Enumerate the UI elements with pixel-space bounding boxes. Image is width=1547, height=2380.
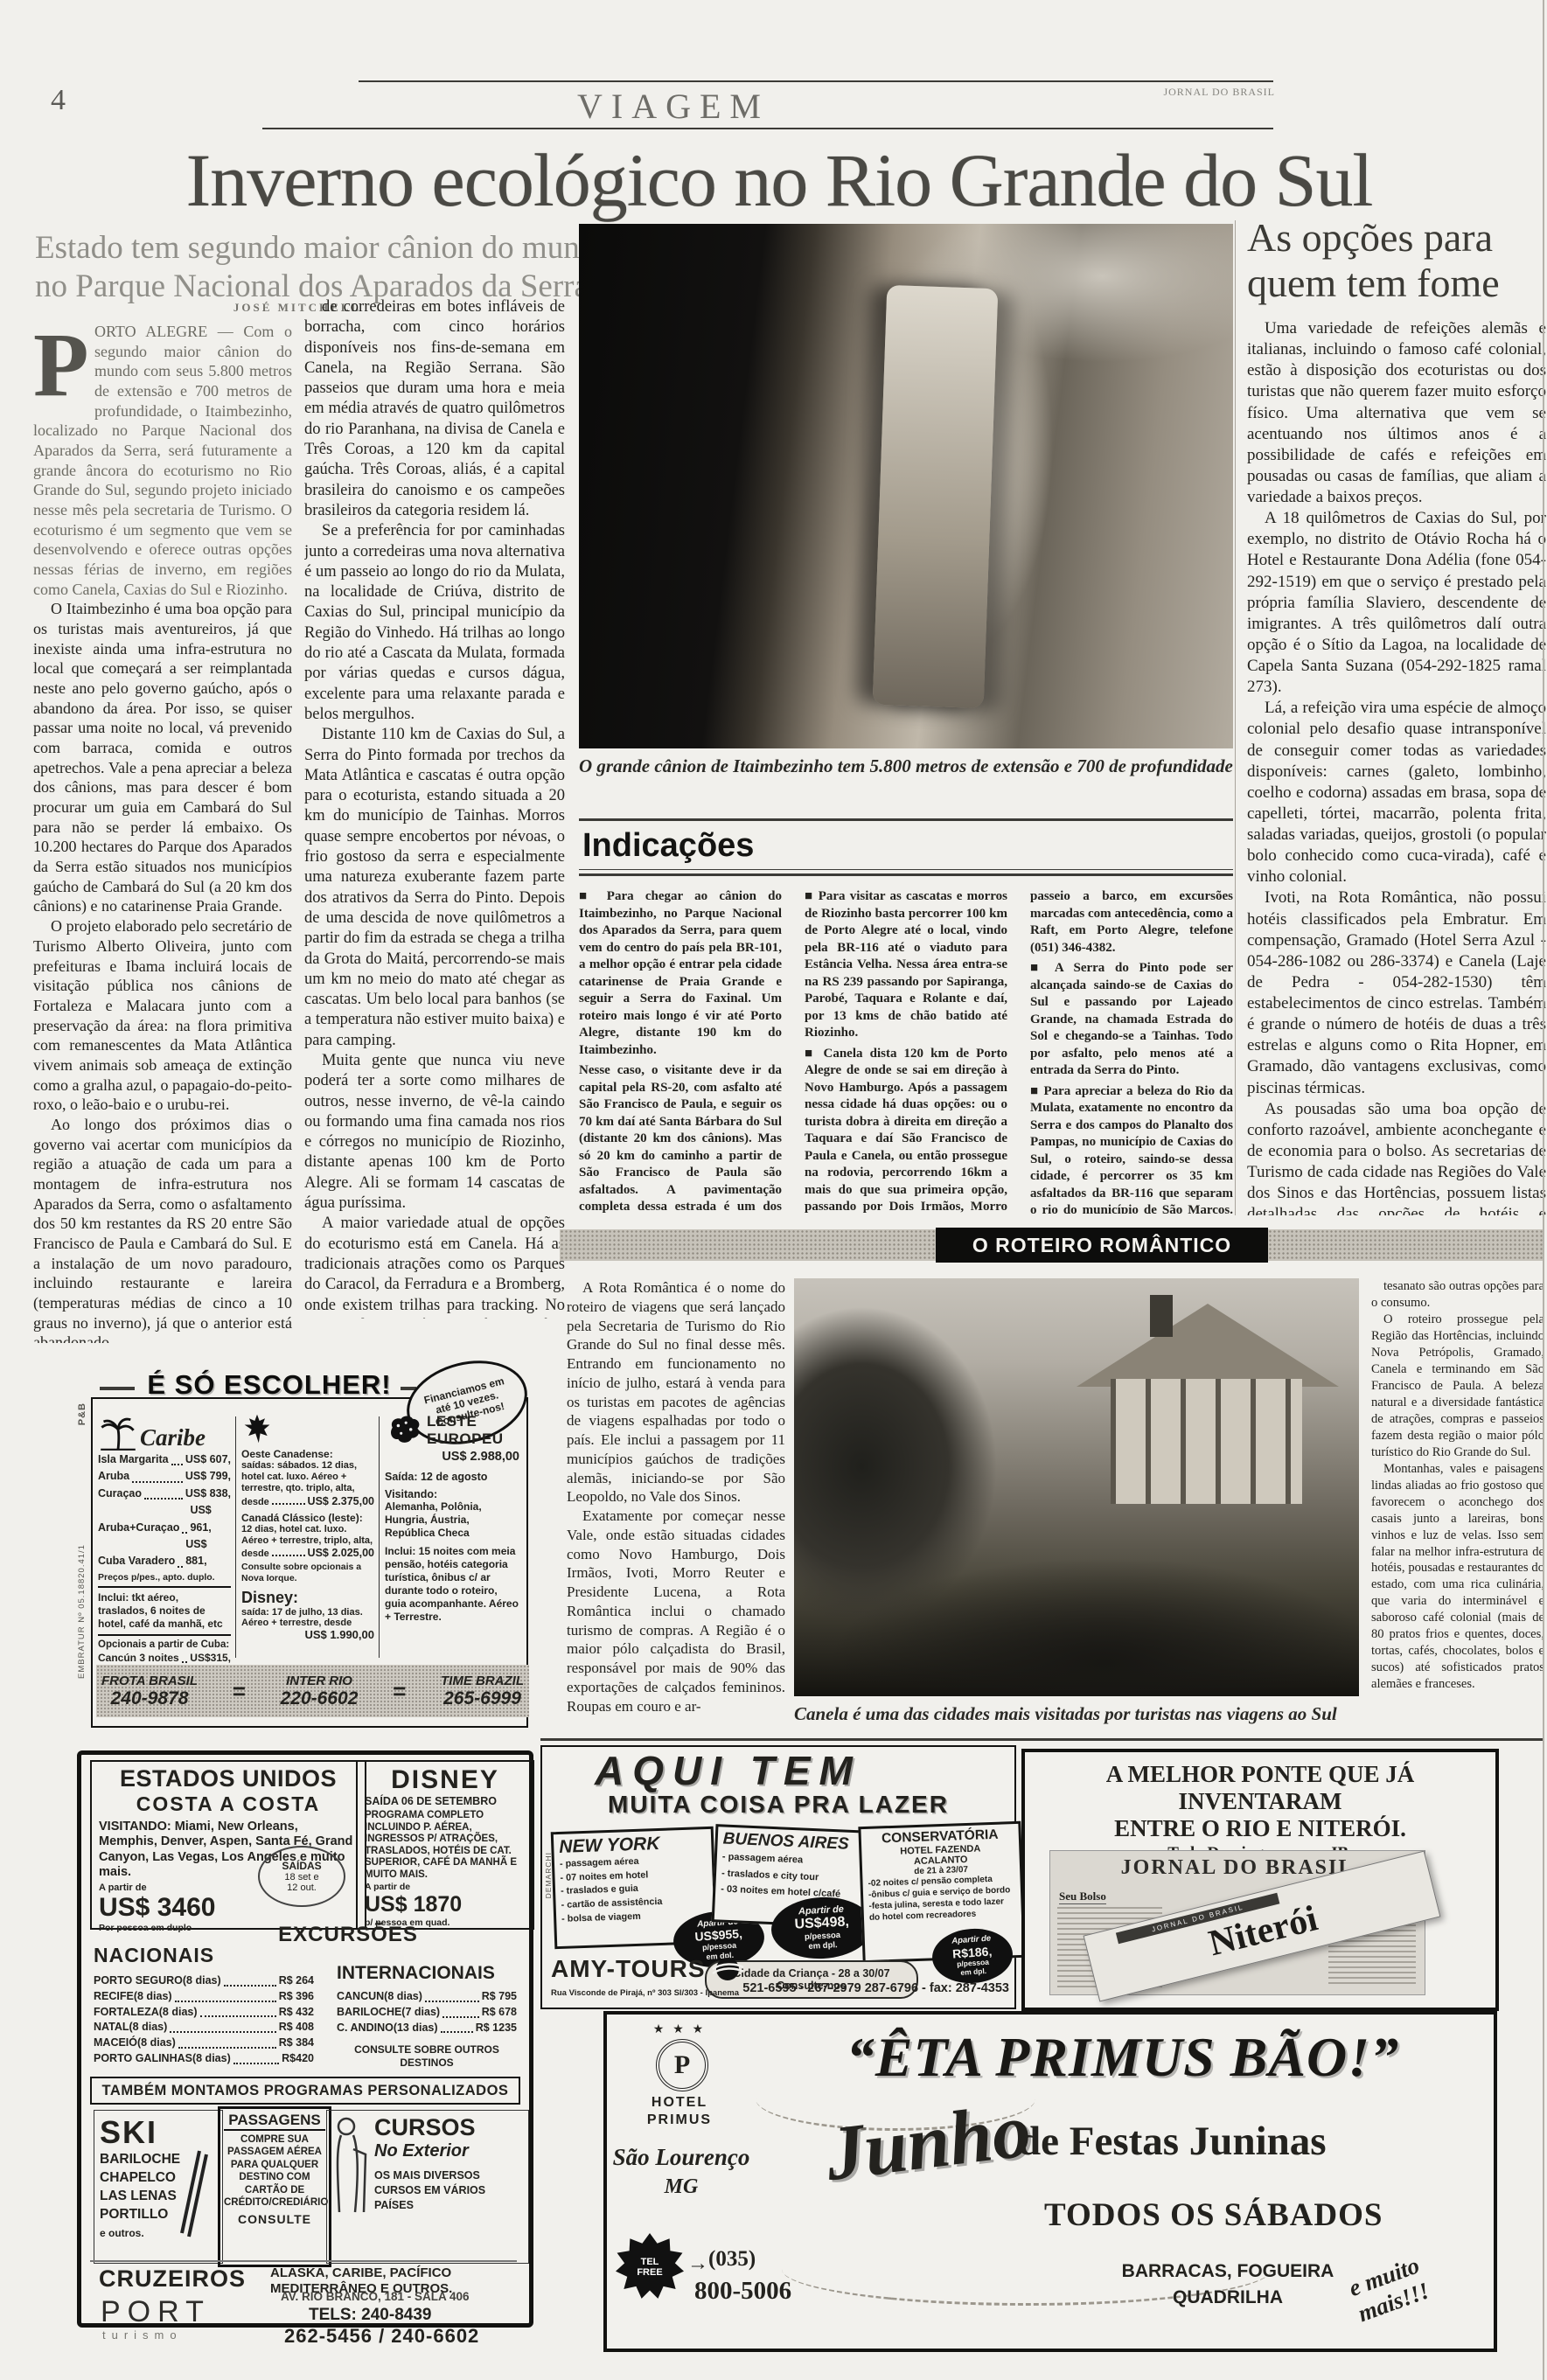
hotel-city: São Lourenço: [607, 2144, 756, 2171]
desde-label: desde: [241, 1497, 269, 1507]
price-row: Isla MargaritaUS$ 607,: [98, 1451, 231, 1468]
equals-separator: =: [393, 1678, 406, 1705]
excursao-row: NATAL(8 dias)R$ 408: [94, 2020, 314, 2036]
ad-item: -festa julina, seresta e todo lazer do h…: [868, 1896, 1016, 1924]
excursao-row: RECIFE(8 dias)R$ 396: [94, 1989, 314, 2005]
phone-area-code: (035): [708, 2247, 756, 2272]
canada-classico-price: US$ 2.025,00: [308, 1547, 374, 1559]
article-paragraph: O projeto elaborado pelo secretário de T…: [33, 916, 292, 1115]
article-column-2: de corredeiras em botes infláveis de bor…: [304, 297, 565, 1319]
tel-free-starburst: TEL FREE: [616, 2233, 684, 2301]
leste-inclui: Inclui: 15 noites com meia pensão, hotéi…: [385, 1545, 519, 1624]
scan-edge-artifact: [1543, 0, 1544, 2380]
canada-oeste-title: Oeste Canadense:: [241, 1448, 374, 1460]
newspaper-name: JORNAL DO BRASIL: [1151, 86, 1275, 99]
disney-title: DISNEY: [365, 1765, 526, 1795]
article-column-2-paragraphs: de corredeiras em botes infláveis de bor…: [304, 297, 565, 1319]
agency-name: TIME BRAZIL: [441, 1674, 524, 1688]
header-rule-bottom: [262, 128, 1273, 129]
jb-line-1: A MELHOR PONTE QUE JÁ INVENTARAM: [1025, 1761, 1495, 1815]
caribe-title: Caribe: [140, 1424, 206, 1451]
excursao-price: R$ 1235: [476, 2021, 517, 2036]
price-value: US$ 799,: [185, 1468, 231, 1485]
ad-ski-panel: SKI BARILOCHECHAPELCOLAS LENASPORTILLO e…: [94, 2110, 223, 2264]
phone-number: 800-5006: [694, 2277, 791, 2306]
canada-panel: Oeste Canadense: saídas: sábados. 12 dia…: [241, 1413, 374, 1660]
price-row: CuraçaoUS$ 838,: [98, 1486, 231, 1502]
europe-map-icon: [385, 1413, 423, 1448]
leste-price: US$ 2.988,00: [385, 1450, 519, 1464]
page-number: 4: [51, 84, 66, 117]
leste-title-line-1: LESTE: [427, 1413, 504, 1430]
indicacoes-item: ■ A Serra do Pinto pode ser alcançada sa…: [1030, 960, 1233, 1080]
article-column-1: PORTO ALEGRE — Com o segundo maior cânio…: [33, 322, 292, 1343]
passagens-title: PASSAGENS: [224, 2112, 325, 2131]
fome-title-line-2: quem tem fome: [1247, 261, 1547, 306]
buenosaires-items: - passagem aérea- traslados e city tour-…: [721, 1849, 862, 1904]
fome-paragraph: Lá, a refeição vira uma espécie de almoç…: [1247, 698, 1546, 887]
eua-title-line-2: COSTA A COSTA: [99, 1792, 358, 1816]
amy-address: Rua Visconde de Pirajá, nº 303 Sl/303 - …: [551, 1988, 739, 1998]
disney-price: US$ 1870: [365, 1892, 526, 1917]
primus-festas: de Festas Juninas: [1018, 2118, 1327, 2165]
destination-label: Cancún 3 noites: [98, 1650, 179, 1666]
dotted-leader: [144, 1498, 183, 1500]
caribe-inclui: Inclui: tkt aéreo, traslados, 6 noites d…: [98, 1591, 231, 1631]
cursos-subtitle: No Exterior: [374, 2141, 523, 2161]
telfree-line-1: TEL: [641, 2257, 659, 2267]
excursao-label: FORTALEZA(8 dias): [94, 2005, 198, 2021]
cruzeiros-title: CRUZEIROS: [99, 2265, 246, 2293]
leste-saida: Saída: 12 de agosto: [385, 1471, 519, 1483]
fome-paragraph: Uma variedade de refeições alemãs e ital…: [1247, 318, 1546, 508]
fome-title-line-1: As opções para: [1247, 215, 1547, 261]
ad-escolher: É SÓ ESCOLHER! Financiamos em até 10 vez…: [91, 1397, 528, 1728]
article-column-1-paragraphs: O Itaimbezinho é uma boa opção para os t…: [33, 599, 292, 1343]
saidas-line-2: 18 set e: [260, 1872, 344, 1882]
ad-disney-panel: DISNEY SAÍDA 06 DE SETEMBRO PROGRAMA COM…: [356, 1760, 534, 1930]
saidas-line-3: 12 out.: [260, 1882, 344, 1893]
excursao-label: C. ANDINO(13 dias): [337, 2021, 438, 2036]
destination-label: Cuba Varadero: [98, 1553, 175, 1569]
canada-oeste-body: saídas: sábados. 12 dias, hotel cat. lux…: [241, 1460, 374, 1495]
article-paragraph: de corredeiras em botes infláveis de bor…: [304, 297, 565, 521]
nacionais-list: PORTO SEGURO(8 dias)R$ 264RECIFE(8 dias)…: [94, 1973, 314, 2067]
disney-price: US$ 1.990,00: [241, 1628, 374, 1641]
dotted-leader: [233, 2063, 279, 2064]
amy-headline-2: MUITA COISA PRA LAZER: [542, 1791, 1014, 1819]
globe-icon: [711, 1956, 744, 1982]
cursos-title: CURSOS: [374, 2114, 523, 2141]
roteiro-paragraph: O roteiro prossegue pela Região das Hort…: [1371, 1312, 1544, 1461]
roteiro-paragraph: tesanato são outras opções para o consum…: [1371, 1278, 1544, 1312]
leste-visitando: Alemanha, Polônia, Hungria, Áustria, Rep…: [385, 1500, 519, 1540]
agency-phone: 265-6999: [441, 1688, 524, 1709]
excursao-row: MACEIÓ(8 dias)R$ 384: [94, 2036, 314, 2051]
excursao-price: R$420: [282, 2051, 314, 2067]
ad-eua-panel: ESTADOS UNIDOS COSTA A COSTA VISITANDO: …: [90, 1760, 366, 1930]
house-roof-shape: [1077, 1304, 1339, 1387]
leste-europeu-panel: LESTE EUROPEU US$ 2.988,00 Saída: 12 de …: [385, 1413, 519, 1660]
indicacoes-item: passeio a barco, em excursões marcadas c…: [1030, 888, 1233, 957]
article-paragraph: Muita gente que nunca viu neve poderá te…: [304, 1051, 565, 1214]
internacionais-title: INTERNACIONAIS: [337, 1963, 495, 1984]
excursao-price: R$ 264: [279, 1973, 314, 1989]
agency-name: FROTA BRASIL: [101, 1674, 198, 1688]
oval-line: em dpl.: [808, 1941, 838, 1952]
person-icon: [332, 2114, 369, 2219]
dotted-leader: [272, 1503, 305, 1505]
disney-saida: SAÍDA 06 DE SETEMBRO: [365, 1795, 526, 1807]
saidas-line-1: SAÍDAS: [260, 1860, 344, 1872]
dotted-leader: [182, 1661, 188, 1663]
title-dash-left: [100, 1387, 135, 1390]
canada-classico-body: 12 dias, hotel cat. luxo. Aéreo + terres…: [241, 1524, 374, 1547]
passagens-consulte: CONSULTE: [224, 2212, 325, 2226]
primus-mais: e muito mais!!!: [1345, 2228, 1498, 2328]
destination-label: Aruba+Curaçao: [98, 1520, 179, 1536]
price-value: US$ 881,: [185, 1536, 231, 1570]
excursao-price: R$ 678: [482, 2005, 517, 2021]
canyon-rock-pillar: [873, 285, 999, 708]
excursao-label: NATAL(8 dias): [94, 2020, 167, 2036]
port-logo: PORT: [101, 2295, 211, 2329]
disney-body: PROGRAMA COMPLETO INCLUINDO P. AÉREA, IN…: [365, 1810, 526, 1881]
caribe-opcionais-title: Opcionais a partir de Cuba:: [98, 1639, 231, 1650]
dotted-leader: [170, 2031, 275, 2033]
jb-seu-bolso: Seu Bolso: [1059, 1889, 1106, 1904]
canyon-photo-caption: O grande cânion de Itaimbezinho tem 5.80…: [579, 755, 1233, 777]
canada-consulte: Consulte sobre opcionais a Nova Iorque.: [241, 1562, 374, 1583]
passagens-body: COMPRE SUA PASSAGEM AÉREA PARA QUALQUER …: [224, 2133, 325, 2209]
indicacoes-column-2: ■ Para visitar as cascatas e morros de R…: [805, 888, 1007, 1214]
primus-barracas: BARRACAS, FOGUEIRA: [1114, 2261, 1341, 2282]
house-photo: [794, 1278, 1359, 1696]
telfree-line-2: FREE: [637, 2267, 662, 2278]
desde-label: desde: [241, 1548, 269, 1559]
fome-column: Uma variedade de refeições alemãs e ital…: [1247, 318, 1546, 1215]
column-divider-rule: [1235, 220, 1236, 1215]
article-paragraph: O Itaimbezinho é uma boa opção para os t…: [33, 599, 292, 916]
leste-title-line-2: EUROPEU: [427, 1430, 504, 1448]
roteiro-banner-label: O ROTEIRO ROMÂNTICO: [936, 1228, 1268, 1263]
ski-icon: [170, 2146, 208, 2242]
hotel-stars: ★ ★ ★: [614, 2022, 745, 2036]
header-rule-top: [359, 80, 1273, 82]
amy-logo: AMY-TOURS: [551, 1955, 706, 1983]
main-headline: Inverno ecológico no Rio Grande do Sul: [23, 136, 1536, 224]
ads-top-rule: [540, 1738, 1544, 1741]
excursao-price: R$ 408: [279, 2020, 314, 2036]
ad-block-usa-excursoes: ESTADOS UNIDOS COSTA A COSTA VISITANDO: …: [77, 1750, 533, 2328]
caribe-panel: Caribe Isla MargaritaUS$ 607,ArubaUS$ 79…: [98, 1413, 231, 1660]
hotel-state: MG: [607, 2175, 756, 2199]
excursao-label: BARILOCHE(7 dias): [337, 2005, 440, 2021]
excursao-price: R$ 384: [279, 2036, 314, 2051]
indicacoes-item: ■ Para chegar ao cânion do Itaimbezinho,…: [579, 888, 782, 1059]
fome-paragraph: Ivoti, na Rota Romântica, não possui hot…: [1247, 887, 1546, 1098]
dotted-leader: [175, 2001, 276, 2002]
ad-amy-tours: DEMARCHI AQUI TEM MUITA COISA PRA LAZER …: [540, 1745, 1016, 2009]
indicacoes-rule-top: [579, 818, 1233, 821]
eua-title-line-1: ESTADOS UNIDOS: [99, 1765, 358, 1792]
indicacoes-item: ■ Para apreciar a beleza do Rio da Mulat…: [1030, 1083, 1233, 1214]
equals-separator: =: [233, 1678, 246, 1705]
dotted-leader: [442, 2016, 479, 2018]
agency-name: INTER RIO: [281, 1674, 359, 1688]
ad-escolher-pb-mark: P&B: [77, 1402, 87, 1425]
cruzeiros-destinos-1: ALASKA, CARIBE, PACÍFICO: [270, 2265, 452, 2281]
primus-slogan: “ÊTA PRIMUS BÃO!”: [764, 2025, 1481, 2090]
disney-subtitle: Disney:: [241, 1589, 374, 1607]
house-chimney-shape: [1150, 1295, 1173, 1337]
dotted-leader: [272, 1555, 305, 1556]
excursao-label: PORTO SEGURO(8 dias): [94, 1973, 221, 1989]
fome-paragraph: As pousadas são uma boa opção de confort…: [1247, 1099, 1546, 1215]
amy-phones: 521-6595 · 267-2979 287-6796 - fax: 287-…: [728, 1981, 1009, 1995]
agency-phone: 220-6602: [281, 1688, 359, 1709]
article-paragraph: Se a preferência for por caminhadas junt…: [304, 521, 565, 725]
caribe-divider-2: [98, 1634, 231, 1636]
price-value: US$ 607,: [185, 1451, 231, 1468]
amy-headline-1: AQUI TEM: [595, 1747, 861, 1794]
phone-arrow: →: [687, 2252, 708, 2276]
dotted-leader: [171, 1464, 183, 1465]
price-value: US$ 838,: [185, 1486, 231, 1502]
primus-quadrilha: QUADRILHA: [1114, 2287, 1341, 2308]
nacionais-title: NACIONAIS: [94, 1944, 214, 1967]
jb-line-2: ENTRE O RIO E NITERÓI.: [1025, 1815, 1495, 1842]
canyon-photo: [579, 224, 1233, 748]
personalizados-banner: TAMBÉM MONTAMOS PROGRAMAS PERSONALIZADOS: [90, 2077, 520, 2105]
disney-line-1: saída: 17 de julho, 13 dias.: [241, 1607, 374, 1618]
indicacoes-column-1: ■ Para chegar ao cânion do Itaimbezinho,…: [579, 888, 782, 1214]
indicacoes-rule-bottom: [579, 873, 1233, 876]
indicacoes-column-3: passeio a barco, em excursões marcadas c…: [1030, 888, 1233, 1214]
conservatoria-items: -02 noites c/ pensão completa-ônibus c/ …: [868, 1873, 1016, 1924]
price-row: Aruba+CuraçaoUS$ 961,: [98, 1502, 231, 1536]
caribe-divider-1: [98, 1586, 231, 1588]
agencies-strip: FROTA BRASIL 240-9878 = INTER RIO 220-66…: [96, 1665, 529, 1717]
excursao-row: C. ANDINO(13 dias)R$ 1235: [337, 2021, 517, 2036]
indicacoes-item: Nesse caso, o visitante deve ir da capit…: [579, 1062, 782, 1214]
ad-hotel-primus: ★ ★ ★ P HOTEL PRIMUS São Lourenço MG TEL…: [603, 2011, 1497, 2352]
roteiro-column-left: A Rota Romântica é o nome do roteiro de …: [567, 1278, 785, 1735]
panel-divider-1: [235, 1416, 236, 1658]
newspaper-page: 4 VIAGEM JORNAL DO BRASIL Inverno ecológ…: [0, 0, 1547, 2380]
ad-escolher-embratur: EMBRATUR Nº 05.18820.41/1: [77, 1486, 87, 1679]
roteiro-paragraph: Exatamente por começar nesse Vale, onde …: [567, 1507, 785, 1715]
excursao-label: RECIFE(8 dias): [94, 1989, 172, 2005]
newyork-items: - passagem aérea- 07 noites em hotel- tr…: [560, 1853, 709, 1926]
port-turismo: turismo: [102, 2328, 183, 2342]
caribe-note: Preços p/pes., apto. duplo.: [98, 1572, 231, 1583]
excursao-row: CANCUN(8 dias)R$ 795: [337, 1989, 517, 2005]
hotel-name-line-2: PRIMUS: [614, 2112, 745, 2128]
eua-saidas-oval: SAÍDAS 18 set e 12 out.: [258, 1846, 345, 1907]
excursao-row: PORTO SEGURO(8 dias)R$ 264: [94, 1973, 314, 1989]
destination-label: Aruba: [98, 1468, 129, 1485]
disney-apartir: A partir de: [365, 1882, 526, 1892]
cursos-body: OS MAIS DIVERSOS CURSOS EM VÁRIOS PAÍSES: [374, 2168, 523, 2213]
article-paragraph: Ao longo dos próximos dias o governo vai…: [33, 1115, 292, 1343]
ad-cursos-panel: CURSOS No Exterior OS MAIS DIVERSOS CURS…: [326, 2110, 529, 2264]
price-row: ArubaUS$ 799,: [98, 1468, 231, 1485]
ad-escolher-title: É SÓ ESCOLHER!: [138, 1369, 401, 1401]
roteiro-banner-strip: O ROTEIRO ROMÂNTICO: [560, 1229, 1544, 1261]
article-paragraph: Distante 110 km de Caxias do Sul, a Serr…: [304, 725, 565, 1051]
dotted-leader: [182, 1532, 187, 1534]
dotted-leader: [224, 1985, 276, 1987]
price-row: Cancún 3 noitesUS$315,: [98, 1650, 231, 1666]
dotted-leader: [425, 2001, 479, 2002]
roteiro-column-right: tesanato são outras opções para o consum…: [1371, 1278, 1544, 1736]
agency-phone: 240-9878: [101, 1688, 198, 1709]
dotted-leader: [132, 1481, 183, 1483]
canada-oeste-price: US$ 2.375,00: [308, 1495, 374, 1507]
caribe-price-list: Isla MargaritaUS$ 607,ArubaUS$ 799,Curaç…: [98, 1451, 231, 1570]
excursao-label: PORTO GALINHAS(8 dias): [94, 2051, 231, 2067]
dotted-leader: [178, 1566, 183, 1568]
dotted-leader: [178, 2047, 276, 2049]
disney-line-2: Aéreo + terrestre, desde: [241, 1618, 374, 1628]
hotel-name-line-1: HOTEL: [614, 2095, 745, 2111]
house-wall-shape: [1111, 1379, 1303, 1504]
port-tels-2: 262-5456 / 240-6602: [284, 2325, 479, 2348]
subhead-line-1: Estado tem segundo maior cânion do mundo: [35, 229, 612, 268]
indicacoes-item: ■ Para visitar as cascatas e morros de R…: [805, 888, 1007, 1042]
article-paragraph-lead: PORTO ALEGRE — Com o segundo maior cânio…: [33, 322, 292, 599]
maple-leaf-icon: [241, 1413, 273, 1444]
excursao-price: R$ 396: [279, 1989, 314, 2005]
fome-paragraph: A 18 quilômetros de Caxias do Sul, por e…: [1247, 508, 1546, 698]
excursao-label: CANCUN(8 dias): [337, 1989, 422, 2005]
price-value: US$315,: [190, 1650, 231, 1666]
internacionais-list: CANCUN(8 dias)R$ 795BARILOCHE(7 dias)R$ …: [337, 1989, 517, 2036]
roteiro-paragraph: Montanhas, vales e paisagens lindas alia…: [1371, 1461, 1544, 1694]
ad-passagens-panel: PASSAGENS COMPRE SUA PASSAGEM AÉREA PARA…: [218, 2106, 331, 2267]
excursao-row: PORTO GALINHAS(8 dias)R$420: [94, 2051, 314, 2067]
palm-tree-icon: [98, 1413, 138, 1451]
oval-line: em dpl.: [960, 1966, 986, 1977]
consulte-line-1: CONSULTE SOBRE OUTROS: [337, 2043, 517, 2056]
price-row: Cuba VaraderoUS$ 881,: [98, 1536, 231, 1570]
section-title: VIAGEM: [525, 86, 822, 127]
destination-label: Curaçao: [98, 1486, 142, 1502]
ad-jb-niteroi: A MELHOR PONTE QUE JÁ INVENTARAM ENTRE O…: [1021, 1749, 1499, 2011]
dotted-leader: [200, 2015, 276, 2017]
hotel-monogram: P: [656, 2039, 708, 2091]
excursao-price: R$ 795: [482, 1989, 517, 2005]
excursao-row: FORTALEZA(8 dias)R$ 432: [94, 2005, 314, 2021]
fome-paragraphs: Uma variedade de refeições alemãs e ital…: [1247, 318, 1546, 1215]
article-paragraph: A maior variedade atual de opções do eco…: [304, 1214, 565, 1319]
indicacoes-item: ■ Canela dista 120 km de Porto Alegre de…: [805, 1046, 1007, 1214]
cruzeiros-divider: [90, 2260, 517, 2262]
price-value: US$ 961,: [190, 1502, 231, 1536]
excursao-label: MACEIÓ(8 dias): [94, 2036, 176, 2051]
primus-sabados: TODOS OS SÁBADOS: [1044, 2196, 1383, 2234]
indicacoes-title: Indicações: [582, 827, 754, 865]
port-address: AV. RIO BRANCO, 181 - SALA 406: [281, 2290, 470, 2303]
roteiro-paragraph: A Rota Romântica é o nome do roteiro de …: [567, 1278, 785, 1507]
destination-label: Isla Margarita: [98, 1451, 169, 1468]
dotted-leader: [441, 2031, 473, 2033]
port-tels: TELS: 240-8439: [309, 2306, 431, 2325]
panel-divider-2: [379, 1416, 380, 1658]
excursao-row: BARILOCHE(7 dias)R$ 678: [337, 2005, 517, 2021]
drop-cap: P: [33, 329, 87, 401]
canada-classico-title: Canadá Clássico (leste):: [241, 1512, 374, 1524]
excursoes-title: EXCURSÕES: [178, 1923, 519, 1947]
leste-visitando-title: Visitando:: [385, 1488, 519, 1500]
cidade-line-1: Cidade da Criança - 28 a 30/07: [733, 1967, 889, 1980]
consulte-line-2: DESTINOS: [337, 2056, 517, 2070]
house-photo-caption: Canela é uma das cidades mais visitadas …: [794, 1703, 1362, 1725]
excursao-price: R$ 432: [279, 2005, 314, 2021]
indicacoes-rule-mid: [579, 869, 1233, 870]
